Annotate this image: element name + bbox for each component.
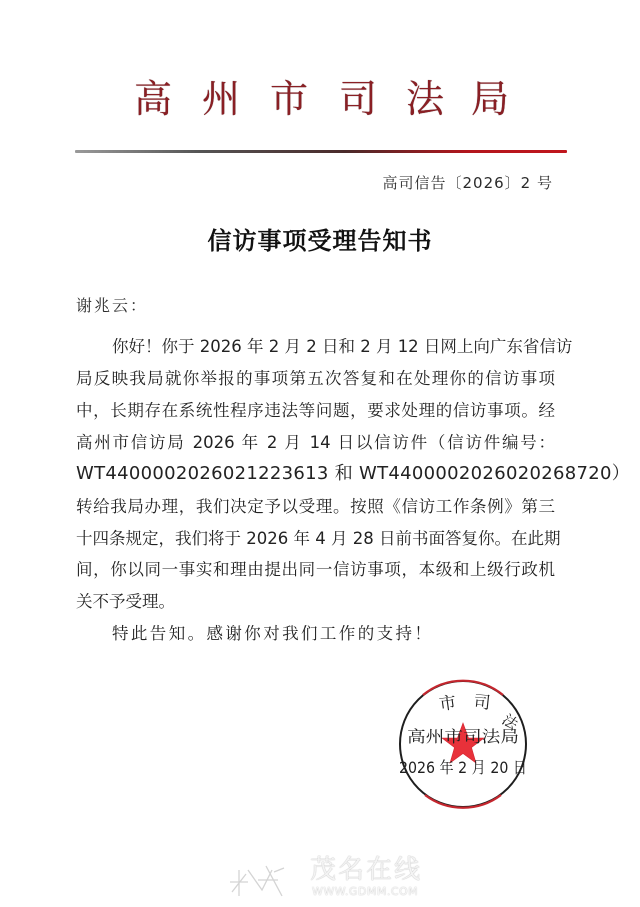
- letterhead-char: 法: [403, 78, 447, 122]
- letterhead-char: 司: [336, 78, 380, 122]
- seal-arc-char: 市: [438, 693, 458, 715]
- letterhead-divider: [75, 150, 567, 153]
- letterhead-char: 高: [131, 78, 175, 122]
- seal-date: 2026 年 2 月 20 日: [399, 758, 527, 777]
- letterhead-char: 市: [267, 78, 311, 122]
- letterhead-char: 局: [468, 78, 512, 122]
- closing-line: 特此告知。感谢你对我们工作的支持！: [112, 621, 433, 647]
- body-line: 转给我局办理，我们决定予以受理。按照《信访工作条例》第三: [76, 494, 555, 520]
- body-line-case-numbers: WT4400002026021223613 和 WT44000020260202…: [76, 461, 555, 487]
- body-line: 间，你以同一事实和理由提出同一信访事项，本级和上级行政机: [76, 557, 555, 583]
- seal-graphic: 市 司 法 高州市司法局 2026 年 2 月 20 日: [395, 676, 531, 812]
- document-title: 信访事项受理告知书: [0, 226, 640, 258]
- letterhead-char: 州: [199, 78, 243, 122]
- body-line: 高州市信访局 2026 年 2 月 14 日以信访件（信访件编号：: [76, 430, 555, 456]
- body-line: 中，长期存在系统性程序违法等问题，要求处理的信访事项。经: [76, 398, 555, 424]
- body-line: 十四条规定，我们将于 2026 年 4 月 28 日前书面答复你。在此期: [76, 526, 555, 552]
- document-number: 高司信告〔2026〕2 号: [383, 172, 554, 194]
- body-line: 你好！你于 2026 年 2 月 2 日和 2 月 12 日网上向广东省信访: [112, 334, 555, 360]
- body-line: 局反映我局就你举报的事项第五次答复和在处理你的信访事项: [76, 366, 555, 392]
- seal-arc-char: 司: [472, 692, 491, 714]
- watermark: 茂名在线 WWW.GDMM.COM: [228, 856, 428, 902]
- official-seal: 市 司 法 高州市司法局 2026 年 2 月 20 日: [395, 676, 531, 812]
- body-line: 关不予受理。: [76, 589, 555, 615]
- seal-org-text: 高州市司法局: [407, 727, 519, 746]
- watermark-logo-icon: [228, 862, 286, 898]
- watermark-url: WWW.GDMM.COM: [312, 885, 418, 898]
- watermark-name: 茂名在线: [310, 856, 422, 884]
- salutation: 谢兆云：: [76, 294, 148, 318]
